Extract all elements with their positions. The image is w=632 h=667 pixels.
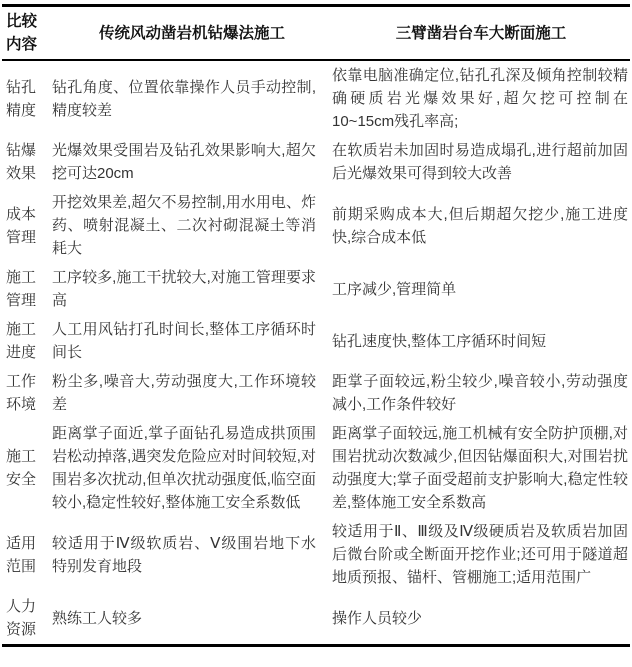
row-label: 钻爆效果: [2, 136, 52, 188]
table-row: 工作环境 粉尘多,噪音大,劳动强度大,工作环境较差 距掌子面较远,粉尘较少,噪音…: [2, 367, 630, 419]
jumbo-cell: 距掌子面较远,粉尘较少,噪音较小,劳动强度减小,工作条件较好: [332, 367, 630, 419]
row-label: 适用范围: [2, 517, 52, 592]
traditional-cell: 钻孔角度、位置依靠操作人员手动控制,精度较差: [52, 60, 332, 136]
header-compare-content: 比较内容: [2, 6, 52, 61]
header-traditional-method: 传统风动凿岩机钻爆法施工: [52, 6, 332, 61]
row-label: 施工进度: [2, 315, 52, 367]
table-row: 施工管理 工序较多,施工干扰较大,对施工管理要求高 工序减少,管理简单: [2, 263, 630, 315]
table-row: 成本管理 开挖效果差,超欠不易控制,用水用电、炸药、喷射混凝土、二次衬砌混凝土等…: [2, 188, 630, 263]
row-label: 工作环境: [2, 367, 52, 419]
table-header: 比较内容 传统风动凿岩机钻爆法施工 三臂凿岩台车大断面施工: [2, 6, 630, 61]
row-label: 施工安全: [2, 419, 52, 517]
traditional-cell: 光爆效果受围岩及钻孔效果影响大,超欠挖可达20cm: [52, 136, 332, 188]
jumbo-cell: 在软质岩未加固时易造成塌孔,进行超前加固后光爆效果可得到较大改善: [332, 136, 630, 188]
traditional-cell: 开挖效果差,超欠不易控制,用水用电、炸药、喷射混凝土、二次衬砌混凝土等消耗大: [52, 188, 332, 263]
traditional-cell: 较适用于Ⅳ级软质岩、Ⅴ级围岩地下水特别发育地段: [52, 517, 332, 592]
traditional-cell: 距离掌子面近,掌子面钻孔易造成拱顶围岩松动掉落,遇突发危险应对时间较短,对围岩多…: [52, 419, 332, 517]
table-body: 钻孔精度 钻孔角度、位置依靠操作人员手动控制,精度较差 依靠电脑准确定位,钻孔孔…: [2, 60, 630, 646]
jumbo-cell: 依靠电脑准确定位,钻孔孔深及倾角控制较精确硬质岩光爆效果好,超欠挖可控制在10~…: [332, 60, 630, 136]
traditional-cell: 粉尘多,噪音大,劳动强度大,工作环境较差: [52, 367, 332, 419]
table-row: 施工安全 距离掌子面近,掌子面钻孔易造成拱顶围岩松动掉落,遇突发危险应对时间较短…: [2, 419, 630, 517]
table-row: 钻孔精度 钻孔角度、位置依靠操作人员手动控制,精度较差 依靠电脑准确定位,钻孔孔…: [2, 60, 630, 136]
row-label: 人力资源: [2, 592, 52, 646]
traditional-cell: 人工用风钻打孔时间长,整体工序循环时间长: [52, 315, 332, 367]
table-row: 人力资源 熟练工人较多 操作人员较少: [2, 592, 630, 646]
jumbo-cell: 较适用于Ⅱ、Ⅲ级及Ⅳ级硬质岩及软质岩加固后微台阶或全断面开挖作业;还可用于隧道超…: [332, 517, 630, 592]
table-row: 施工进度 人工用风钻打孔时间长,整体工序循环时间长 钻孔速度快,整体工序循环时间…: [2, 315, 630, 367]
traditional-cell: 工序较多,施工干扰较大,对施工管理要求高: [52, 263, 332, 315]
document-page: 比较内容 传统风动凿岩机钻爆法施工 三臂凿岩台车大断面施工 钻孔精度 钻孔角度、…: [0, 0, 632, 667]
row-label: 钻孔精度: [2, 60, 52, 136]
header-row: 比较内容 传统风动凿岩机钻爆法施工 三臂凿岩台车大断面施工: [2, 6, 630, 61]
traditional-cell: 熟练工人较多: [52, 592, 332, 646]
jumbo-cell: 操作人员较少: [332, 592, 630, 646]
jumbo-cell: 钻孔速度快,整体工序循环时间短: [332, 315, 630, 367]
header-jumbo-method: 三臂凿岩台车大断面施工: [332, 6, 630, 61]
jumbo-cell: 距离掌子面较远,施工机械有安全防护顶棚,对围岩扰动次数减少,但因钻爆面积大,对围…: [332, 419, 630, 517]
row-label: 成本管理: [2, 188, 52, 263]
row-label: 施工管理: [2, 263, 52, 315]
jumbo-cell: 前期采购成本大,但后期超欠挖少,施工进度快,综合成本低: [332, 188, 630, 263]
table-row: 钻爆效果 光爆效果受围岩及钻孔效果影响大,超欠挖可达20cm 在软质岩未加固时易…: [2, 136, 630, 188]
comparison-table: 比较内容 传统风动凿岩机钻爆法施工 三臂凿岩台车大断面施工 钻孔精度 钻孔角度、…: [2, 4, 630, 647]
jumbo-cell: 工序减少,管理简单: [332, 263, 630, 315]
table-row: 适用范围 较适用于Ⅳ级软质岩、Ⅴ级围岩地下水特别发育地段 较适用于Ⅱ、Ⅲ级及Ⅳ级…: [2, 517, 630, 592]
